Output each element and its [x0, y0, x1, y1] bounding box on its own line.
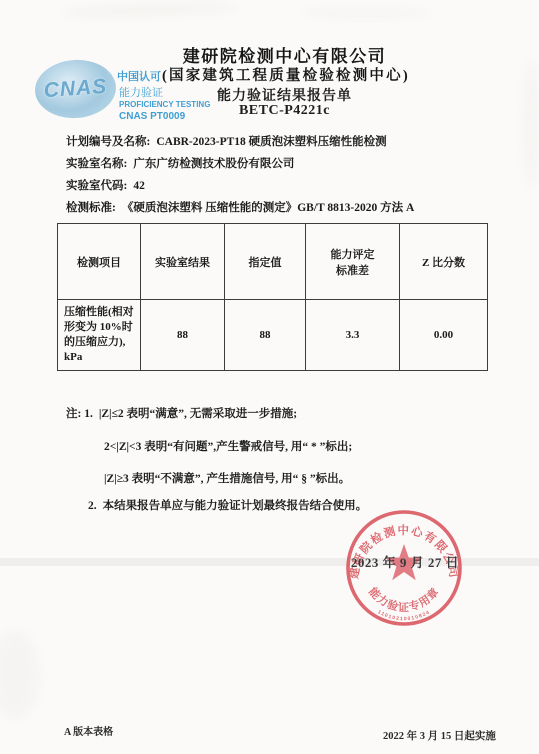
header-std-dev-line2: 标准差 [310, 262, 395, 278]
footer-version-label: A 版本表格 [64, 723, 113, 738]
note-2-text: 本结果报告单应与能力验证计划最终报告结合使用。 [103, 500, 368, 512]
note-2-num: 2. [88, 500, 97, 512]
cell-z-score: 0.00 [400, 300, 488, 371]
info-fields: 计划编号及名称:CABR-2023-PT18 硬质泡沫塑料压缩性能检测 实验室名… [66, 131, 414, 219]
header-z-score: Z 比分数 [400, 224, 488, 300]
lab-code-value: 42 [133, 180, 145, 192]
cnas-ability-label: 能力验证 [119, 84, 163, 100]
scan-smudge [300, 8, 430, 18]
header-item: 检测项目 [58, 224, 141, 300]
seal-bottom-arc-text: 能力验证专用章 [366, 584, 442, 613]
field-lab-code: 实验室代码:42 [66, 175, 414, 197]
results-table: 检测项目 实验室结果 指定值 能力评定 标准差 Z 比分数 压缩性能(相对形变为… [57, 223, 488, 371]
standard-value: 《硬质泡沫塑料 压缩性能的测定》GB/T 8813-2020 方法 A [122, 202, 414, 214]
header-std-dev: 能力评定 标准差 [306, 224, 400, 300]
lab-name-value: 广东广纺检测技术股份有限公司 [133, 158, 294, 170]
field-plan: 计划编号及名称:CABR-2023-PT18 硬质泡沫塑料压缩性能检测 [66, 131, 414, 153]
table-header-row: 检测项目 实验室结果 指定值 能力评定 标准差 Z 比分数 [58, 224, 488, 300]
header-lab-result: 实验室结果 [141, 224, 225, 300]
lab-name-label: 实验室名称: [66, 158, 127, 170]
cell-assigned-value: 88 [225, 300, 306, 371]
note-2: 2.本结果报告单应与能力验证计划最终报告结合使用。 [88, 497, 367, 513]
seal-date: 2023 年 9 月 27 日 [344, 552, 466, 571]
scan-smudge [60, 1, 240, 19]
accreditation-line: 中国认可(国家建筑工程质量检验检测中心) [117, 64, 410, 85]
footer-effective-date: 2022 年 3 月 15 日起实施 [383, 728, 496, 743]
cnas-pt-code: CNAS PT0009 [119, 111, 185, 122]
cell-std-dev: 3.3 [306, 300, 400, 371]
accreditation-subtitle: (国家建筑工程质量检验检测中心) [162, 68, 410, 84]
field-standard: 检测标准:《硬质泡沫塑料 压缩性能的测定》GB/T 8813-2020 方法 A [66, 197, 414, 219]
note-1c: |Z|≥3 表明“不满意”, 产生措施信号, 用“ § ”标出。 [104, 470, 350, 486]
standard-label: 检测标准: [66, 202, 116, 214]
header-assigned-value: 指定值 [225, 224, 306, 300]
field-lab-name: 实验室名称:广东广纺检测技术股份有限公司 [66, 153, 414, 175]
table-row: 压缩性能(相对形变为 10%时的压缩应力), kPa 88 88 3.3 0.0… [58, 300, 488, 371]
cell-item: 压缩性能(相对形变为 10%时的压缩应力), kPa [58, 300, 141, 371]
scan-smudge [0, 630, 40, 720]
cell-lab-result: 88 [141, 300, 225, 371]
scan-smudge [522, 60, 539, 190]
note-1b: 2<|Z|<3 表明“有问题”,产生警戒信号, 用“ * ”标出; [104, 438, 352, 454]
note-lead: 注: 1. [66, 408, 93, 420]
cnas-mark-label: 中国认可 [117, 71, 161, 83]
note-1: 注: 1.|Z|≤2 表明“满意”, 无需采取进一步措施; [66, 405, 297, 421]
note-1-text: |Z|≤2 表明“满意”, 无需采取进一步措施; [99, 408, 297, 420]
plan-label: 计划编号及名称: [66, 136, 150, 148]
scanned-report-page: 建研院检测中心有限公司 中国认可(国家建筑工程质量检验检测中心) 能力验证结果报… [0, 0, 539, 754]
cnas-proficiency-testing-label: PROFICIENCY TESTING [119, 100, 210, 109]
header-std-dev-line1: 能力评定 [310, 246, 395, 262]
cnas-logo-text: CNAS [43, 75, 108, 103]
plan-value: CABR-2023-PT18 硬质泡沫塑料压缩性能检测 [156, 136, 386, 148]
lab-code-label: 实验室代码: [66, 180, 127, 192]
